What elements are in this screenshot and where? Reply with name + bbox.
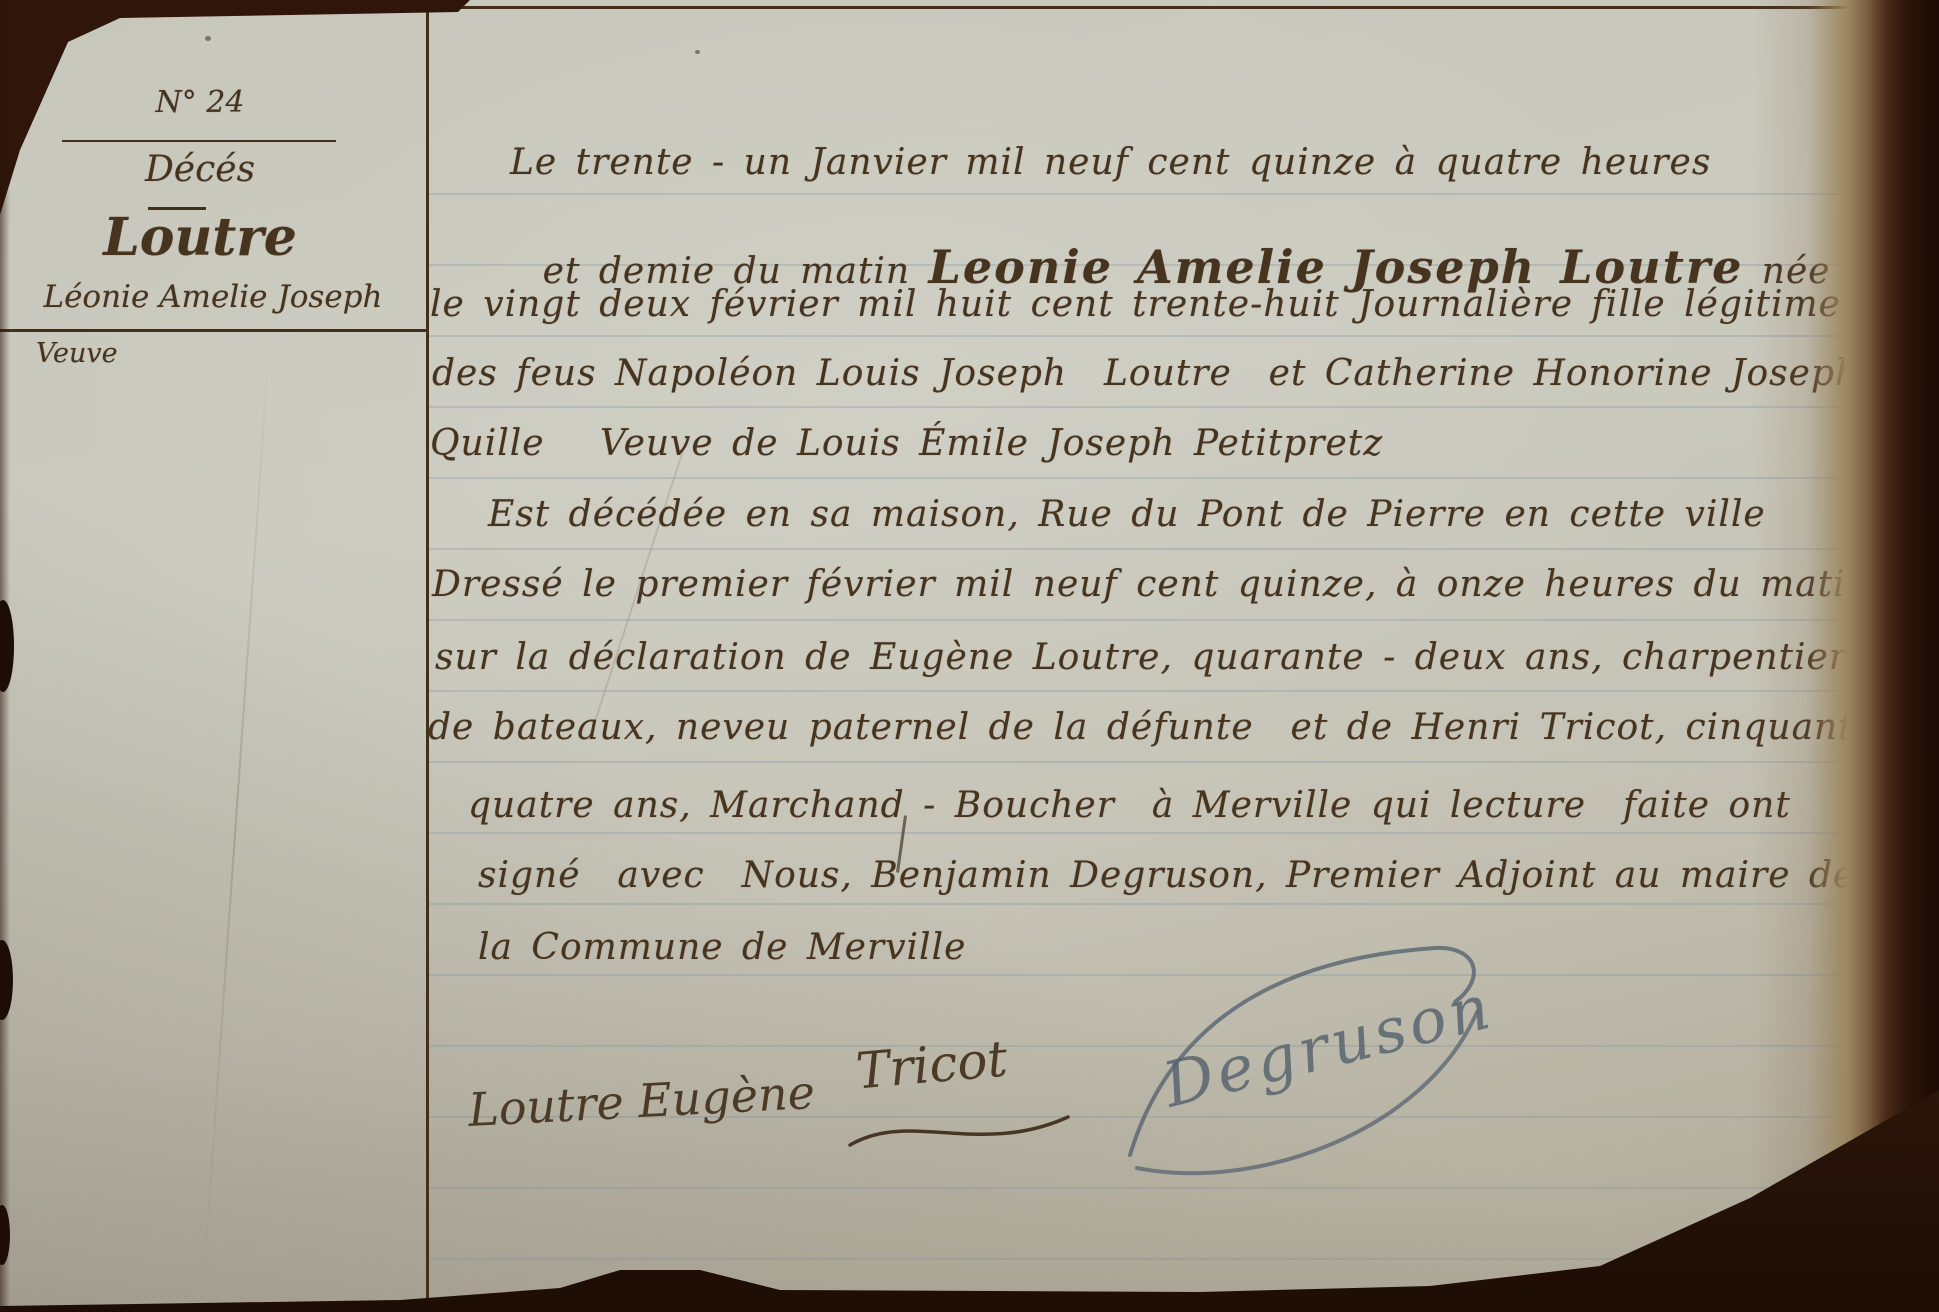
act-line-5: Quille Veuve de Louis Émile Joseph Petit… xyxy=(430,426,1383,462)
act-line-12: la Commune de Merville xyxy=(478,930,966,966)
death-register-photograph: N° 24 Décés Loutre Léonie Amelie Joseph … xyxy=(0,0,1939,1312)
act-line-3: le vingt deux février mil huit cent tren… xyxy=(430,287,1841,323)
deceased-given-names: Léonie Amelie Joseph xyxy=(28,282,398,313)
act-type-label: Décés xyxy=(60,152,340,188)
entry-number-rule xyxy=(62,140,336,142)
act-line-1: Le trente - un Janvier mil neuf cent qui… xyxy=(510,145,1711,181)
entry-number: N° 24 xyxy=(60,88,340,118)
act-line-11: signé avec Nous, Benjamin Degruson, Prem… xyxy=(478,858,1855,894)
marital-status: Veuve xyxy=(36,340,118,367)
ink-spot xyxy=(205,36,211,41)
signature-tricot: Tricot xyxy=(854,1033,1009,1096)
act-line-7: Dressé le premier février mil neuf cent … xyxy=(432,567,1870,603)
act-line-10: quatre ans, Marchand - Boucher à Mervill… xyxy=(468,788,1791,824)
act-line-6: Est décédée en sa maison, Rue du Pont de… xyxy=(488,497,1766,533)
margin-bottom-rule xyxy=(0,329,426,332)
deceased-surname: Loutre xyxy=(60,212,340,264)
act-line-9: de bateaux, neveu paternel de la défunte… xyxy=(428,710,1876,746)
column-divider-rule xyxy=(426,0,429,1312)
ink-spot xyxy=(695,50,700,54)
signature-degruson-group: Degruson xyxy=(1105,920,1515,1210)
act-line-4: des feus Napoléon Louis Joseph Loutre et… xyxy=(432,356,1859,392)
top-rule xyxy=(426,6,1852,9)
act-line-8: sur la déclaration de Eugène Loutre, qua… xyxy=(435,640,1847,676)
tricot-signature-flourish xyxy=(840,1095,1085,1165)
